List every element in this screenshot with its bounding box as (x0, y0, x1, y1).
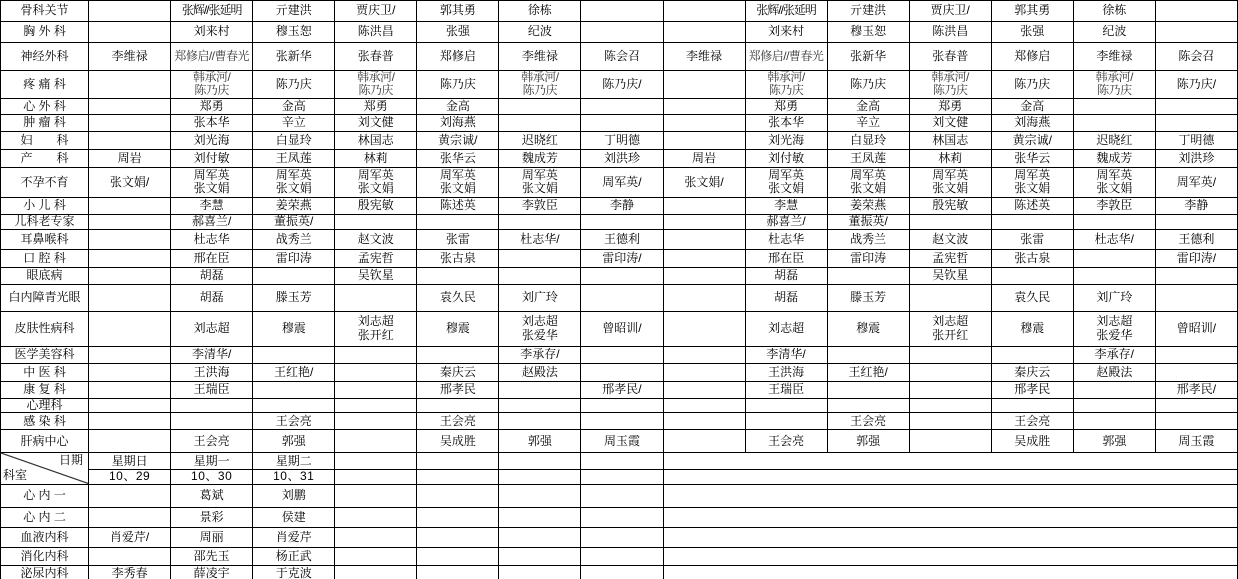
schedule-cell (663, 197, 745, 214)
dept-cell: 妇 科 (1, 131, 89, 149)
table-row: 骨科关节张辉//张延明亓建洪贾庆卫/郭其勇徐栋张辉//张延明亓建洪贾庆卫/郭其勇… (1, 1, 1238, 22)
schedule-cell: 郭其勇 (991, 1, 1073, 22)
schedule-cell: 徐栋 (1073, 1, 1155, 22)
schedule-cell (581, 22, 663, 43)
schedule-cell (253, 267, 335, 284)
schedule-cell: 韩承河/ 陈乃庆 (499, 71, 581, 99)
table-row: 肿 瘤 科张本华辛立刘文健刘海燕张本华辛立刘文健刘海燕 (1, 114, 1238, 131)
table-row: 血液内科肖爱芹/周丽肖爱芹 (1, 527, 1238, 547)
dept-cell: 皮肤性病科 (1, 311, 89, 346)
schedule-cell (499, 381, 581, 398)
schedule-cell: 陈乃庆 (417, 71, 499, 99)
schedule-cell: 刘志超 张开红 (335, 311, 417, 346)
empty-area (663, 453, 1238, 470)
schedule-cell: 李慧 (745, 197, 827, 214)
schedule-cell: 邢在臣 (171, 249, 253, 267)
schedule-cell: 刘海燕 (417, 114, 499, 131)
table-row: 心 内 二景彩侯建 (1, 507, 1238, 527)
schedule-cell: 李敦臣 (1073, 197, 1155, 214)
schedule-cell: 郝喜兰/ (171, 214, 253, 229)
schedule-cell: 王凤莲 (827, 149, 909, 167)
schedule-cell: 纪波 (499, 22, 581, 43)
schedule-cell (663, 284, 745, 311)
dept-cell: 消化内科 (1, 547, 89, 565)
schedule-cell (581, 398, 663, 412)
schedule-cell (335, 346, 417, 363)
schedule-cell: 周丽 (171, 527, 253, 547)
schedule-cell: 徐栋 (499, 1, 581, 22)
dept-cell: 神经外科 (1, 43, 89, 71)
corner-date-label: 日期 (59, 454, 83, 467)
schedule-cell: 张古泉 (991, 249, 1073, 267)
schedule-cell: 秦庆云 (417, 363, 499, 381)
schedule-cell: 刘洪珍 (581, 149, 663, 167)
table-row: 皮肤性病科刘志超穆震刘志超 张开红穆震刘志超 张爱华曾昭训/刘志超穆震刘志超 张… (1, 311, 1238, 346)
schedule-cell: 胡磊 (171, 284, 253, 311)
date-header-cell (335, 470, 417, 484)
schedule-cell: 刘志超 张爱华 (499, 311, 581, 346)
schedule-cell: 王红艳/ (253, 363, 335, 381)
schedule-cell (89, 267, 171, 284)
schedule-cell: 王瑞臣 (171, 381, 253, 398)
schedule-cell: 张文娟/ (663, 167, 745, 197)
schedule-cell: 白显玲 (827, 131, 909, 149)
schedule-cell: 陈乃庆/ (1155, 71, 1237, 99)
schedule-cell (663, 346, 745, 363)
schedule-cell (1073, 398, 1155, 412)
schedule-cell: 魏成芳 (499, 149, 581, 167)
schedule-cell (663, 71, 745, 99)
schedule-cell (663, 229, 745, 249)
schedule-cell (335, 484, 417, 507)
schedule-cell (335, 398, 417, 412)
weekday-header-cell: 星期二 (253, 453, 335, 470)
schedule-cell: 孟宪哲 (335, 249, 417, 267)
schedule-cell: 雷印涛 (827, 249, 909, 267)
schedule-cell: 陈乃庆 (253, 71, 335, 99)
schedule-cell (499, 507, 581, 527)
table-row: 中 医 科王洪海王红艳/秦庆云赵殿法王洪海王红艳/秦庆云赵殿法 (1, 363, 1238, 381)
schedule-cell: 郑修启//曹春光 (171, 43, 253, 71)
table-row: 泌尿内科李秀春薛凌宇于克波 (1, 565, 1238, 579)
schedule-cell (89, 507, 171, 527)
schedule-cell: 周岩 (89, 149, 171, 167)
schedule-cell: 郭强 (827, 430, 909, 453)
schedule-cell (581, 98, 663, 114)
table-row: 医学美容科李清华/李承存/李清华/李承存/ (1, 346, 1238, 363)
schedule-cell: 穆震 (417, 311, 499, 346)
schedule-cell (499, 527, 581, 547)
empty-area (663, 484, 1238, 507)
schedule-cell (581, 1, 663, 22)
schedule-cell: 张古泉 (417, 249, 499, 267)
schedule-cell: 刘志超 张开红 (909, 311, 991, 346)
schedule-cell (89, 229, 171, 249)
dept-cell: 肝病中心 (1, 430, 89, 453)
schedule-cell (417, 565, 499, 579)
schedule-cell: 周军英 张文娟 (171, 167, 253, 197)
schedule-cell: 刘来村 (745, 22, 827, 43)
schedule-cell: 郑勇 (335, 98, 417, 114)
schedule-cell: 王会亮 (253, 413, 335, 430)
schedule-cell (663, 381, 745, 398)
empty-area (663, 470, 1238, 484)
schedule-cell: 魏成芳 (1073, 149, 1155, 167)
schedule-cell: 王德利 (1155, 229, 1237, 249)
schedule-cell (89, 98, 171, 114)
schedule-cell: 陈乃庆 (991, 71, 1073, 99)
schedule-cell: 周军英/ (1155, 167, 1237, 197)
schedule-cell: 李慧 (171, 197, 253, 214)
schedule-cell (663, 311, 745, 346)
schedule-cell (89, 197, 171, 214)
schedule-cell: 周军英 张文娟 (909, 167, 991, 197)
schedule-cell (663, 267, 745, 284)
schedule-cell: 李敦臣 (499, 197, 581, 214)
dept-cell: 中 医 科 (1, 363, 89, 381)
schedule-cell: 张强 (991, 22, 1073, 43)
schedule-cell: 丁明德 (1155, 131, 1237, 149)
schedule-cell: 滕玉芳 (253, 284, 335, 311)
empty-area (663, 565, 1238, 579)
schedule-cell (827, 381, 909, 398)
schedule-cell: 邢孝民/ (1155, 381, 1237, 398)
schedule-cell (417, 507, 499, 527)
dept-cell: 骨科关节 (1, 1, 89, 22)
dept-cell: 疼 痛 科 (1, 71, 89, 99)
schedule-cell (89, 484, 171, 507)
schedule-cell: 王瑞臣 (745, 381, 827, 398)
schedule-cell: 亓建洪 (827, 1, 909, 22)
schedule-cell (89, 547, 171, 565)
schedule-cell: 郑勇 (171, 98, 253, 114)
schedule-cell: 穆玉恕 (827, 22, 909, 43)
schedule-cell: 殷宪敏 (909, 197, 991, 214)
schedule-cell: 王会亮 (745, 430, 827, 453)
schedule-cell (89, 398, 171, 412)
schedule-cell: 周军英 张文娟 (499, 167, 581, 197)
schedule-cell: 刘光海 (171, 131, 253, 149)
schedule-cell (1155, 1, 1237, 22)
schedule-cell (499, 484, 581, 507)
schedule-cell (89, 284, 171, 311)
schedule-cell (663, 398, 745, 412)
schedule-cell: 杜志华/ (1073, 229, 1155, 249)
schedule-cell: 刘文健 (335, 114, 417, 131)
schedule-sheet: 骨科关节张辉//张延明亓建洪贾庆卫/郭其勇徐栋张辉//张延明亓建洪贾庆卫/郭其勇… (0, 0, 1238, 579)
schedule-cell: 吴成胜 (991, 430, 1073, 453)
schedule-cell (499, 565, 581, 579)
schedule-cell: 刘广玲 (1073, 284, 1155, 311)
table-row: 耳鼻喉科杜志华战秀兰赵文波张雷杜志华/王德利杜志华战秀兰赵文波张雷杜志华/王德利 (1, 229, 1238, 249)
schedule-cell: 战秀兰 (827, 229, 909, 249)
schedule-cell: 侯建 (253, 507, 335, 527)
schedule-cell (909, 413, 991, 430)
schedule-cell: 袁久民 (991, 284, 1073, 311)
schedule-cell: 张新华 (827, 43, 909, 71)
schedule-cell: 纪波 (1073, 22, 1155, 43)
schedule-cell: 张春普 (335, 43, 417, 71)
table-row: 康 复 科王瑞臣邢孝民邢孝民/王瑞臣邢孝民邢孝民/ (1, 381, 1238, 398)
schedule-cell (499, 214, 581, 229)
empty-area (663, 507, 1238, 527)
schedule-cell (89, 363, 171, 381)
schedule-cell: 李维禄 (499, 43, 581, 71)
dept-cell: 耳鼻喉科 (1, 229, 89, 249)
schedule-cell (1155, 267, 1237, 284)
schedule-cell: 李维禄 (1073, 43, 1155, 71)
schedule-table: 骨科关节张辉//张延明亓建洪贾庆卫/郭其勇徐栋张辉//张延明亓建洪贾庆卫/郭其勇… (0, 0, 1238, 579)
schedule-cell (909, 363, 991, 381)
schedule-cell (417, 398, 499, 412)
schedule-cell (909, 430, 991, 453)
schedule-cell: 辛立 (253, 114, 335, 131)
schedule-cell (499, 398, 581, 412)
schedule-cell: 曾昭训/ (581, 311, 663, 346)
schedule-cell (89, 22, 171, 43)
schedule-cell: 郭其勇 (417, 1, 499, 22)
schedule-cell: 周军英 张文娟 (745, 167, 827, 197)
schedule-cell: 雷印涛/ (1155, 249, 1237, 267)
dept-cell: 心 外 科 (1, 98, 89, 114)
schedule-cell: 滕玉芳 (827, 284, 909, 311)
schedule-cell: 胡磊 (745, 267, 827, 284)
schedule-cell (1073, 381, 1155, 398)
schedule-cell: 穆玉恕 (253, 22, 335, 43)
schedule-cell (499, 547, 581, 565)
schedule-cell: 林国志 (909, 131, 991, 149)
dept-cell: 眼底病 (1, 267, 89, 284)
schedule-cell: 周军英 张文娟 (335, 167, 417, 197)
schedule-cell (581, 507, 663, 527)
schedule-cell: 迟晓红 (499, 131, 581, 149)
schedule-cell: 李静 (581, 197, 663, 214)
table-row: 消化内科邵先玉杨正武 (1, 547, 1238, 565)
dept-cell: 泌尿内科 (1, 565, 89, 579)
schedule-cell (663, 363, 745, 381)
schedule-cell: 王会亮 (991, 413, 1073, 430)
schedule-cell: 邢孝民 (991, 381, 1073, 398)
schedule-cell (89, 413, 171, 430)
weekday-header-cell: 星期日 (89, 453, 171, 470)
dept-cell: 感 染 科 (1, 413, 89, 430)
schedule-cell (909, 346, 991, 363)
schedule-cell: 张新华 (253, 43, 335, 71)
table-row: 心 外 科郑勇金高郑勇金高郑勇金高郑勇金高 (1, 98, 1238, 114)
schedule-cell: 陈述英 (991, 197, 1073, 214)
schedule-cell (745, 413, 827, 430)
schedule-cell (417, 484, 499, 507)
schedule-cell (581, 527, 663, 547)
dept-cell: 儿科老专家 (1, 214, 89, 229)
schedule-cell: 林莉 (909, 149, 991, 167)
weekday-header-cell: 星期一 (171, 453, 253, 470)
empty-area (663, 527, 1238, 547)
schedule-cell: 周军英 张文娟 (1073, 167, 1155, 197)
date-header-cell (581, 470, 663, 484)
schedule-cell: 张强 (417, 22, 499, 43)
schedule-cell (89, 131, 171, 149)
schedule-cell: 刘志超 (171, 311, 253, 346)
table-row: 小 儿 科李慧姜荣燕殷宪敏陈述英李敦臣李静李慧姜荣燕殷宪敏陈述英李敦臣李静 (1, 197, 1238, 214)
schedule-cell: 刘付敏 (171, 149, 253, 167)
schedule-cell: 王会亮 (171, 430, 253, 453)
schedule-cell (1155, 22, 1237, 43)
dept-cell: 血液内科 (1, 527, 89, 547)
schedule-cell: 郑修启 (417, 43, 499, 71)
schedule-cell: 李承存/ (499, 346, 581, 363)
schedule-cell: 葛斌 (171, 484, 253, 507)
schedule-cell: 杜志华/ (499, 229, 581, 249)
dept-cell: 白内障青光眼 (1, 284, 89, 311)
schedule-cell: 战秀兰 (253, 229, 335, 249)
schedule-cell (1155, 284, 1237, 311)
schedule-cell: 薛凌宇 (171, 565, 253, 579)
schedule-cell (89, 430, 171, 453)
schedule-cell: 胡磊 (745, 284, 827, 311)
schedule-cell (663, 114, 745, 131)
dept-cell: 肿 瘤 科 (1, 114, 89, 131)
schedule-cell: 雷印涛 (253, 249, 335, 267)
corner-dept-label: 科室 (3, 469, 27, 482)
date-dept-corner-cell: 日期科室 (1, 453, 89, 484)
table-row: 心理科 (1, 398, 1238, 412)
dept-cell: 心 内 一 (1, 484, 89, 507)
schedule-cell (253, 398, 335, 412)
schedule-cell (171, 413, 253, 430)
schedule-cell: 贾庆卫/ (335, 1, 417, 22)
schedule-cell: 贾庆卫/ (909, 1, 991, 22)
schedule-cell: 李静 (1155, 197, 1237, 214)
schedule-cell (909, 381, 991, 398)
schedule-cell: 韩承河/ 陈乃庆 (1073, 71, 1155, 99)
schedule-cell: 亓建洪 (253, 1, 335, 22)
schedule-cell: 韩承河/ 陈乃庆 (335, 71, 417, 99)
schedule-cell (663, 131, 745, 149)
schedule-cell (663, 22, 745, 43)
table-row: 10、2910、3010、31 (1, 470, 1238, 484)
schedule-cell: 赵殿法 (1073, 363, 1155, 381)
schedule-cell (663, 413, 745, 430)
schedule-cell (745, 398, 827, 412)
schedule-cell: 李清华/ (171, 346, 253, 363)
table-row: 心 内 一葛斌刘鹏 (1, 484, 1238, 507)
weekday-header-cell (417, 453, 499, 470)
schedule-cell: 肖爱芹/ (89, 527, 171, 547)
schedule-cell: 吴钦星 (335, 267, 417, 284)
table-row: 不孕不育张文娟/周军英 张文娟周军英 张文娟周军英 张文娟周军英 张文娟周军英 … (1, 167, 1238, 197)
schedule-cell (417, 346, 499, 363)
schedule-cell: 王会亮 (417, 413, 499, 430)
dept-cell: 产 科 (1, 149, 89, 167)
schedule-cell: 郑勇 (745, 98, 827, 114)
table-row: 日期科室星期日星期一星期二 (1, 453, 1238, 470)
schedule-cell: 杜志华 (171, 229, 253, 249)
schedule-cell (581, 267, 663, 284)
schedule-cell (1155, 413, 1237, 430)
schedule-cell (335, 527, 417, 547)
schedule-cell: 刘光海 (745, 131, 827, 149)
schedule-cell (417, 527, 499, 547)
schedule-cell (253, 381, 335, 398)
schedule-cell: 张文娟/ (89, 167, 171, 197)
dept-cell: 心 内 二 (1, 507, 89, 527)
schedule-cell: 曾昭训/ (1155, 311, 1237, 346)
schedule-cell: 王洪海 (745, 363, 827, 381)
schedule-cell (89, 71, 171, 99)
schedule-cell: 周军英 张文娟 (991, 167, 1073, 197)
schedule-cell (1073, 98, 1155, 114)
schedule-cell (253, 346, 335, 363)
schedule-cell: 董振英/ (253, 214, 335, 229)
schedule-cell: 赵文波 (335, 229, 417, 249)
schedule-cell: 刘志超 (745, 311, 827, 346)
schedule-cell: 吴钦星 (909, 267, 991, 284)
schedule-cell (335, 413, 417, 430)
schedule-cell (991, 267, 1073, 284)
schedule-cell: 金高 (991, 98, 1073, 114)
schedule-cell (663, 1, 745, 22)
schedule-cell: 王红艳/ (827, 363, 909, 381)
schedule-cell (581, 413, 663, 430)
schedule-cell (89, 114, 171, 131)
date-header-cell (417, 470, 499, 484)
schedule-cell: 李承存/ (1073, 346, 1155, 363)
schedule-cell (1155, 398, 1237, 412)
schedule-cell (335, 565, 417, 579)
schedule-cell: 韩承河/ 陈乃庆 (745, 71, 827, 99)
schedule-cell: 吴成胜 (417, 430, 499, 453)
schedule-cell (335, 284, 417, 311)
schedule-cell: 胡磊 (171, 267, 253, 284)
schedule-cell: 肖爱芹 (253, 527, 335, 547)
schedule-cell: 赵殿法 (499, 363, 581, 381)
schedule-cell (1155, 346, 1237, 363)
schedule-cell (89, 346, 171, 363)
schedule-cell: 邢在臣 (745, 249, 827, 267)
schedule-cell (417, 547, 499, 565)
schedule-cell (1073, 249, 1155, 267)
schedule-cell: 张本华 (171, 114, 253, 131)
schedule-cell: 刘付敏 (745, 149, 827, 167)
schedule-cell: 白显玲 (253, 131, 335, 149)
schedule-cell: 于克波 (253, 565, 335, 579)
schedule-cell (663, 98, 745, 114)
schedule-cell: 张辉//张延明 (745, 1, 827, 22)
schedule-cell: 陈述英 (417, 197, 499, 214)
schedule-cell (499, 114, 581, 131)
schedule-cell: 张雷 (417, 229, 499, 249)
schedule-cell (581, 363, 663, 381)
schedule-cell: 张本华 (745, 114, 827, 131)
table-row: 眼底病胡磊吴钦星胡磊吴钦星 (1, 267, 1238, 284)
schedule-cell (499, 413, 581, 430)
schedule-cell: 景彩 (171, 507, 253, 527)
schedule-cell: 穆震 (827, 311, 909, 346)
schedule-cell: 杜志华 (745, 229, 827, 249)
table-row: 口 腔 科邢在臣雷印涛孟宪哲张古泉雷印涛/邢在臣雷印涛孟宪哲张古泉雷印涛/ (1, 249, 1238, 267)
schedule-cell: 李维禄 (89, 43, 171, 71)
schedule-cell: 金高 (827, 98, 909, 114)
schedule-cell: 郭强 (1073, 430, 1155, 453)
schedule-cell: 穆震 (253, 311, 335, 346)
schedule-cell (1155, 214, 1237, 229)
schedule-cell (335, 214, 417, 229)
schedule-cell: 李维禄 (663, 43, 745, 71)
schedule-cell: 郝喜兰/ (745, 214, 827, 229)
date-header-cell: 10、29 (89, 470, 171, 484)
schedule-cell (335, 547, 417, 565)
